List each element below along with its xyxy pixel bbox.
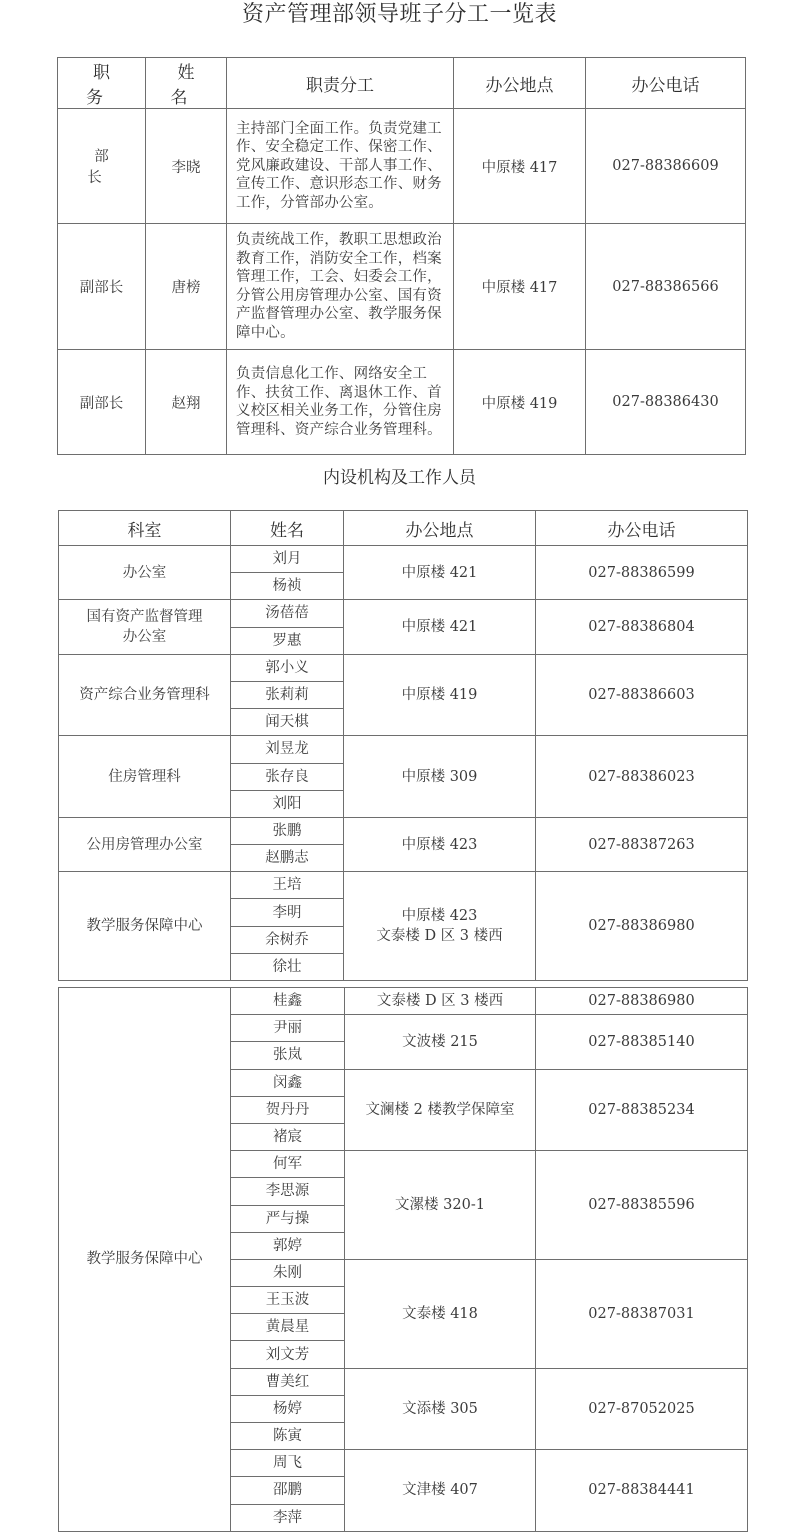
table-row: 资产综合业务管理科 郭小义 中原楼 419 027-88386603	[59, 654, 748, 681]
name-cell: 刘月	[231, 546, 344, 573]
phone-cell: 027-88386023	[536, 736, 748, 818]
name-cell: 褚宸	[231, 1123, 345, 1150]
location-line: 中原楼 423	[344, 906, 535, 926]
name-cell: 贺丹丹	[231, 1096, 345, 1123]
header-phone: 办公电话	[536, 511, 748, 546]
table-row: 国有资产监督管理 办公室 汤蓓蓓 中原楼 421 027-88386804	[59, 600, 748, 627]
phone-cell: 027-88386430	[586, 350, 746, 455]
name-cell: 刘阳	[231, 790, 344, 817]
name-cell: 杨婷	[231, 1395, 345, 1422]
location-cell: 文波楼 215	[345, 1015, 536, 1069]
header-location: 办公地点	[454, 58, 586, 109]
location-cell: 文泰楼 418	[345, 1259, 536, 1368]
leadership-table: 职 务 姓 名 职责分工 办公地点 办公电话 部 长 李晓 主持部门全面工作。负…	[57, 57, 746, 455]
phone-cell: 027-88387031	[536, 1259, 748, 1368]
table-row: 教学服务保障中心 王培 中原楼 423 文泰楼 D 区 3 楼西 027-883…	[59, 872, 748, 899]
name-cell: 罗惠	[231, 627, 344, 654]
name-cell: 闻天棋	[231, 709, 344, 736]
phone-cell: 027-88385140	[536, 1015, 748, 1069]
name-cell: 曹美红	[231, 1368, 345, 1395]
phone-cell: 027-88386609	[586, 109, 746, 224]
table-row: 副部长 赵翔 负责信息化工作、网络安全工作、扶贫工作、离退休工作、首义校区相关业…	[58, 350, 746, 455]
table-row: 副部长 唐榜 负责统战工作，教职工思想政治教育工作，消防安全工作，档案管理工作，…	[58, 224, 746, 350]
position-cell: 部 长	[58, 109, 146, 224]
service-center-table: 教学服务保障中心 桂鑫 文泰楼 D 区 3 楼西 027-88386980 尹丽…	[58, 987, 748, 1532]
name-cell: 尹丽	[231, 1015, 345, 1042]
name-cell: 赵鹏志	[231, 845, 344, 872]
name-cell: 周飞	[231, 1450, 345, 1477]
name-cell: 余树乔	[231, 926, 344, 953]
duties-cell: 负责信息化工作、网络安全工作、扶贫工作、离退休工作、首义校区相关业务工作，分管住…	[227, 350, 454, 455]
name-cell: 徐壮	[231, 953, 344, 980]
table-row: 住房管理科 刘昱龙 中原楼 309 027-88386023	[59, 736, 748, 763]
name-cell: 何军	[231, 1151, 345, 1178]
phone-cell: 027-88386980	[536, 872, 748, 981]
name-cell: 李思源	[231, 1178, 345, 1205]
department-line: 国有资产监督管理	[59, 607, 230, 627]
name-cell: 李明	[231, 899, 344, 926]
phone-cell: 027-88385596	[536, 1151, 748, 1260]
location-cell: 中原楼 419	[344, 654, 536, 736]
location-cell: 文泰楼 D 区 3 楼西	[345, 988, 536, 1015]
header-phone: 办公电话	[586, 58, 746, 109]
department-cell: 资产综合业务管理科	[59, 654, 231, 736]
department-cell: 国有资产监督管理 办公室	[59, 600, 231, 654]
name-cell: 邵鹏	[231, 1477, 345, 1504]
staff-table: 科室 姓名 办公地点 办公电话 办公室 刘月 中原楼 421 027-88386…	[58, 510, 748, 981]
name-cell: 郭小义	[231, 654, 344, 681]
header-name: 姓 名	[146, 58, 227, 109]
name-cell: 唐榜	[146, 224, 227, 350]
phone-cell: 027-88384441	[536, 1450, 748, 1532]
table-row: 公用房管理办公室 张鹏 中原楼 423 027-88387263	[59, 817, 748, 844]
header-position: 职 务	[58, 58, 146, 109]
document-title: 资产管理部领导班子分工一览表	[0, 0, 799, 30]
phone-cell: 027-88386566	[586, 224, 746, 350]
name-cell: 陈寅	[231, 1423, 345, 1450]
name-cell: 王培	[231, 872, 344, 899]
name-cell: 赵翔	[146, 350, 227, 455]
phone-cell: 027-88386980	[536, 988, 748, 1015]
location-cell: 中原楼 421	[344, 546, 536, 600]
location-cell: 文添楼 305	[345, 1368, 536, 1450]
phone-cell: 027-88385234	[536, 1069, 748, 1151]
name-cell: 刘昱龙	[231, 736, 344, 763]
header-location: 办公地点	[344, 511, 536, 546]
department-line: 办公室	[59, 627, 230, 647]
name-cell: 朱刚	[231, 1259, 345, 1286]
name-cell: 闵鑫	[231, 1069, 345, 1096]
header-row: 科室 姓名 办公地点 办公电话	[59, 511, 748, 546]
name-cell: 张莉莉	[231, 681, 344, 708]
table-row: 教学服务保障中心 桂鑫 文泰楼 D 区 3 楼西 027-88386980	[59, 988, 748, 1015]
phone-cell: 027-88387263	[536, 817, 748, 871]
phone-cell: 027-88386804	[536, 600, 748, 654]
location-cell: 中原楼 419	[454, 350, 586, 455]
name-cell: 刘文芳	[231, 1341, 345, 1368]
name-cell: 郭婷	[231, 1232, 345, 1259]
position-cell: 副部长	[58, 224, 146, 350]
name-cell: 桂鑫	[231, 988, 345, 1015]
position-cell: 副部长	[58, 350, 146, 455]
name-cell: 张存良	[231, 763, 344, 790]
department-cell: 公用房管理办公室	[59, 817, 231, 871]
location-cell: 中原楼 421	[344, 600, 536, 654]
location-cell: 文津楼 407	[345, 1450, 536, 1532]
name-cell: 汤蓓蓓	[231, 600, 344, 627]
header-department: 科室	[59, 511, 231, 546]
phone-cell: 027-88386603	[536, 654, 748, 736]
name-cell: 严与操	[231, 1205, 345, 1232]
name-cell: 李晓	[146, 109, 227, 224]
location-cell: 中原楼 417	[454, 109, 586, 224]
location-cell: 中原楼 309	[344, 736, 536, 818]
name-cell: 杨祯	[231, 573, 344, 600]
name-cell: 张岚	[231, 1042, 345, 1069]
table-row: 部 长 李晓 主持部门全面工作。负责党建工作、安全稳定工作、保密工作、党风廉政建…	[58, 109, 746, 224]
header-row: 职 务 姓 名 职责分工 办公地点 办公电话	[58, 58, 746, 109]
duties-cell: 负责统战工作，教职工思想政治教育工作，消防安全工作，档案管理工作，工会、妇委会工…	[227, 224, 454, 350]
department-cell: 教学服务保障中心	[59, 872, 231, 981]
location-cell: 中原楼 423 文泰楼 D 区 3 楼西	[344, 872, 536, 981]
department-cell: 教学服务保障中心	[59, 988, 231, 1532]
name-cell: 李萍	[231, 1504, 345, 1531]
header-duties: 职责分工	[227, 58, 454, 109]
header-name: 姓名	[231, 511, 344, 546]
location-cell: 文澜楼 2 楼教学保障室	[345, 1069, 536, 1151]
location-cell: 文漯楼 320-1	[345, 1151, 536, 1260]
name-cell: 张鹏	[231, 817, 344, 844]
phone-cell: 027-88386599	[536, 546, 748, 600]
name-cell: 王玉波	[231, 1287, 345, 1314]
name-cell: 黄晨星	[231, 1314, 345, 1341]
location-line: 文泰楼 D 区 3 楼西	[344, 926, 535, 946]
location-cell: 中原楼 423	[344, 817, 536, 871]
department-cell: 住房管理科	[59, 736, 231, 818]
phone-cell: 027-87052025	[536, 1368, 748, 1450]
department-cell: 办公室	[59, 546, 231, 600]
location-cell: 中原楼 417	[454, 224, 586, 350]
duties-cell: 主持部门全面工作。负责党建工作、安全稳定工作、保密工作、党风廉政建设、干部人事工…	[227, 109, 454, 224]
table-row: 办公室 刘月 中原楼 421 027-88386599	[59, 546, 748, 573]
section-subtitle: 内设机构及工作人员	[0, 465, 799, 491]
